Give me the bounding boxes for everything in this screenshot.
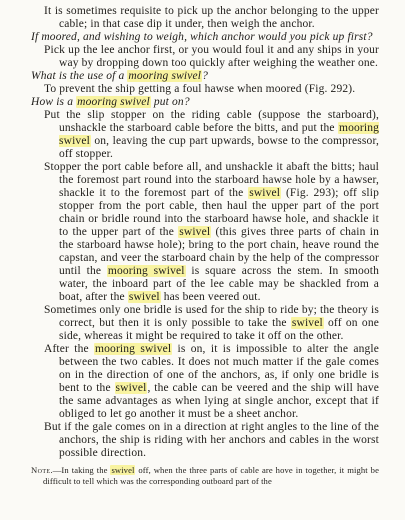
highlighted-term: mooring swivel bbox=[107, 265, 186, 277]
text-run: What is the use of a bbox=[31, 70, 127, 82]
question-if-moored: If moored, and wishing to weigh, which a… bbox=[31, 31, 379, 44]
highlighted-term: mooring swivel bbox=[127, 70, 202, 82]
highlighted-term: mooring swivel bbox=[76, 96, 151, 108]
text-run: After the bbox=[44, 343, 94, 355]
paragraph-lee-anchor: Pick up the lee anchor first, or you wou… bbox=[31, 44, 379, 70]
text-run: But if the gale comes on in a direction … bbox=[44, 421, 379, 459]
paragraph-prevent-foul-hawse: To prevent the ship getting a foul hawse… bbox=[31, 83, 379, 96]
text-run: ? bbox=[202, 70, 208, 82]
highlighted-term: mooring swivel bbox=[94, 343, 172, 355]
text-run: Pick up the lee anchor first, or you wou… bbox=[44, 44, 379, 69]
question-use-of-mooring-swivel: What is the use of a mooring swivel? bbox=[31, 70, 379, 83]
highlighted-term: swivel bbox=[115, 382, 148, 394]
text-run: It is sometimes requisite to pick up the… bbox=[44, 5, 379, 30]
text-run: on, leaving the cup part upwards, bowse … bbox=[59, 135, 379, 160]
paragraph-after-swivel-on: After the mooring swivel is on, it is im… bbox=[31, 343, 379, 421]
paragraph-pick-up-anchor: It is sometimes requisite to pick up the… bbox=[31, 5, 379, 31]
text-run: put on? bbox=[151, 96, 190, 108]
highlighted-term: swivel bbox=[291, 317, 324, 329]
book-page: It is sometimes requisite to pick up the… bbox=[0, 0, 405, 520]
paragraph-gale-right-angles: But if the gale comes on in a direction … bbox=[31, 421, 379, 460]
note-label: Note bbox=[31, 465, 50, 475]
paragraph-slip-stopper: Put the slip stopper on the riding cable… bbox=[31, 109, 379, 161]
highlighted-term: swivel bbox=[178, 226, 211, 238]
text-run: If moored, and wishing to weigh, which a… bbox=[31, 31, 373, 43]
paragraph-stopper-port-cable: Stopper the port cable before all, and u… bbox=[31, 161, 379, 304]
text-run: Put the slip stopper on the riding cable… bbox=[44, 109, 379, 134]
highlighted-term: swivel bbox=[110, 465, 135, 475]
highlighted-term: swivel bbox=[248, 187, 281, 199]
text-run: To prevent the ship getting a foul hawse… bbox=[44, 83, 355, 95]
text-run: How is a bbox=[31, 96, 76, 108]
text-run: has been veered out. bbox=[161, 291, 261, 303]
paragraph-one-bridle: Sometimes only one bridle is used for th… bbox=[31, 304, 379, 343]
text-run: .—In taking the bbox=[50, 465, 110, 475]
highlighted-term: swivel bbox=[128, 291, 161, 303]
question-how-swivel-put-on: How is a mooring swivel put on? bbox=[31, 96, 379, 109]
footnote-taking-swivel-off: Note.—In taking the swivel off, when the… bbox=[31, 465, 379, 486]
